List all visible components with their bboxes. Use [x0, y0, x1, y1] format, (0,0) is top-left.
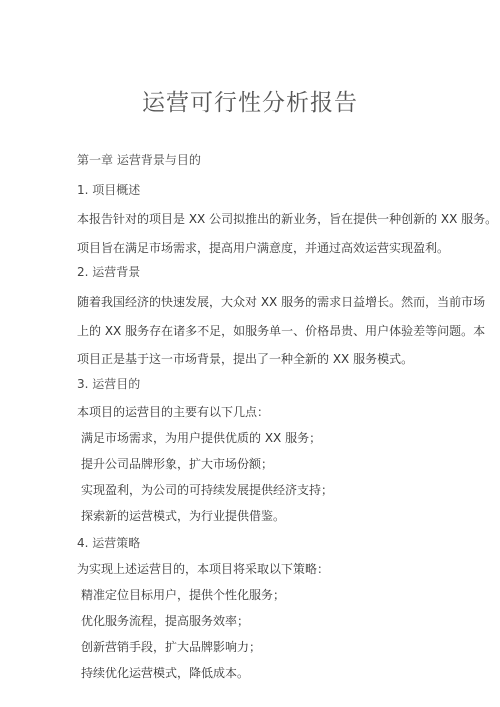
list-item: 创新营销手段，扩大品牌影响力；: [81, 639, 261, 655]
section-heading-strategy: 4. 运营策略: [77, 535, 140, 551]
chapter-heading: 第一章 运营背景与目的: [77, 152, 201, 168]
list-item: 优化服务流程，提高服务效率；: [81, 613, 249, 629]
section-heading-purpose: 3. 运营目的: [77, 376, 140, 392]
paragraph-line: 随着我国经济的快速发展，大众对 XX 服务的需求日益增长。然而，当前市场: [77, 294, 485, 310]
paragraph-line: 项目旨在满足市场需求，提高用户满意度，并通过高效运营实现盈利。: [77, 240, 449, 256]
section-heading-background: 2. 运营背景: [77, 264, 140, 280]
paragraph-line: 本报告针对的项目是 XX 公司拟推出的新业务，旨在提供一种创新的 XX 服务。: [77, 211, 497, 227]
document-title: 运营可行性分析报告: [0, 84, 500, 117]
list-item: 满足市场需求，为用户提供优质的 XX 服务；: [81, 430, 321, 446]
list-item: 精准定位目标用户，提供个性化服务；: [81, 587, 285, 603]
list-item: 实现盈利，为公司的可持续发展提供经济支持；: [81, 482, 333, 498]
paragraph-intro: 为实现上述运营目的，本项目将采取以下策略：: [77, 561, 329, 577]
paragraph-intro: 本项目的运营目的主要有以下几点：: [77, 404, 269, 420]
list-item: 探索新的运营模式，为行业提供借鉴。: [81, 508, 285, 524]
paragraph-line: 上的 XX 服务存在诸多不足，如服务单一、价格昂贵、用户体验差等问题。本: [77, 323, 485, 339]
section-heading-overview: 1. 项目概述: [77, 182, 140, 198]
list-item: 持续优化运营模式，降低成本。: [81, 665, 249, 681]
paragraph-line: 项目正是基于这一市场背景，提出了一种全新的 XX 服务模式。: [77, 351, 413, 367]
list-item: 提升公司品牌形象，扩大市场份额；: [81, 456, 273, 472]
